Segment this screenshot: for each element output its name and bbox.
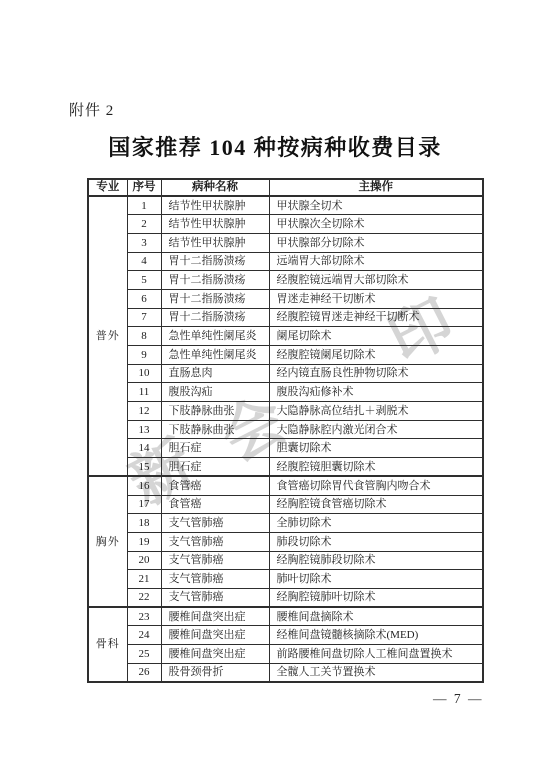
- table-row: 22支气管肺癌经胸腔镜肺叶切除术: [88, 588, 483, 607]
- disease-name-cell: 食管癌: [161, 495, 269, 514]
- disease-name-cell: 腰椎间盘突出症: [161, 607, 269, 626]
- row-number-cell: 23: [127, 607, 161, 626]
- table-row: 2结节性甲状腺肿甲状腺次全切除术: [88, 215, 483, 234]
- row-number-cell: 13: [127, 420, 161, 439]
- document-page: 新会印 附件 2 国家推荐 104 种按病种收费目录 专业序号病种名称主操作 普…: [0, 0, 550, 778]
- disease-name-cell: 胃十二指肠溃疡: [161, 308, 269, 327]
- disease-name-cell: 胃十二指肠溃疡: [161, 252, 269, 271]
- table-row: 8急性单纯性阑尾炎阑尾切除术: [88, 327, 483, 346]
- row-number-cell: 8: [127, 327, 161, 346]
- table-row: 5胃十二指肠溃疡经腹腔镜远端胃大部切除术: [88, 271, 483, 290]
- row-number-cell: 9: [127, 346, 161, 365]
- disease-name-cell: 股骨颈骨折: [161, 663, 269, 682]
- column-header: 病种名称: [161, 179, 269, 196]
- operation-cell: 经内镜直肠良性肿物切除术: [269, 364, 483, 383]
- operation-cell: 远端胃大部切除术: [269, 252, 483, 271]
- disease-name-cell: 食管癌: [161, 476, 269, 495]
- disease-name-cell: 急性单纯性阑尾炎: [161, 346, 269, 365]
- disease-name-cell: 下肢静脉曲张: [161, 402, 269, 421]
- disease-name-cell: 结节性甲状腺肿: [161, 215, 269, 234]
- table-row: 骨科23腰椎间盘突出症腰椎间盘摘除术: [88, 607, 483, 626]
- table-row: 4胃十二指肠溃疡远端胃大部切除术: [88, 252, 483, 271]
- disease-name-cell: 下肢静脉曲张: [161, 420, 269, 439]
- operation-cell: 胃迷走神经干切断术: [269, 289, 483, 308]
- row-number-cell: 14: [127, 439, 161, 458]
- specialty-cell: 骨科: [88, 607, 127, 682]
- table-row: 26股骨颈骨折全髋人工关节置换术: [88, 663, 483, 682]
- row-number-cell: 25: [127, 645, 161, 664]
- column-header: 专业: [88, 179, 127, 196]
- operation-cell: 食管癌切除胃代食管胸内吻合术: [269, 476, 483, 495]
- row-number-cell: 22: [127, 588, 161, 607]
- row-number-cell: 2: [127, 215, 161, 234]
- page-number: — 7 —: [433, 691, 484, 707]
- table-row: 6胃十二指肠溃疡胃迷走神经干切断术: [88, 289, 483, 308]
- operation-cell: 经椎间盘镜髓核摘除术(MED): [269, 626, 483, 645]
- disease-name-cell: 支气管肺癌: [161, 570, 269, 589]
- specialty-cell: 普外: [88, 196, 127, 476]
- operation-cell: 经腹腔镜阑尾切除术: [269, 346, 483, 365]
- row-number-cell: 4: [127, 252, 161, 271]
- table-row: 14胆石症胆囊切除术: [88, 439, 483, 458]
- table-row: 胸外16食管癌食管癌切除胃代食管胸内吻合术: [88, 476, 483, 495]
- column-header: 主操作: [269, 179, 483, 196]
- operation-cell: 腰椎间盘摘除术: [269, 607, 483, 626]
- disease-name-cell: 腹股沟疝: [161, 383, 269, 402]
- table-row: 24腰椎间盘突出症经椎间盘镜髓核摘除术(MED): [88, 626, 483, 645]
- table-row: 3结节性甲状腺肿甲状腺部分切除术: [88, 233, 483, 252]
- disease-name-cell: 直肠息肉: [161, 364, 269, 383]
- row-number-cell: 18: [127, 514, 161, 533]
- table-row: 普外1结节性甲状腺肿甲状腺全切术: [88, 196, 483, 215]
- table-row: 12下肢静脉曲张大隐静脉高位结扎＋剥脱术: [88, 402, 483, 421]
- disease-name-cell: 胃十二指肠溃疡: [161, 271, 269, 290]
- specialty-cell: 胸外: [88, 476, 127, 607]
- row-number-cell: 24: [127, 626, 161, 645]
- operation-cell: 大隐静脉高位结扎＋剥脱术: [269, 402, 483, 421]
- operation-cell: 经胸腔镜肺叶切除术: [269, 588, 483, 607]
- attachment-label: 附件 2: [69, 99, 114, 120]
- row-number-cell: 7: [127, 308, 161, 327]
- row-number-cell: 15: [127, 458, 161, 477]
- row-number-cell: 19: [127, 532, 161, 551]
- disease-name-cell: 支气管肺癌: [161, 514, 269, 533]
- operation-cell: 阑尾切除术: [269, 327, 483, 346]
- disease-name-cell: 胆石症: [161, 439, 269, 458]
- column-header: 序号: [127, 179, 161, 196]
- operation-cell: 肺段切除术: [269, 532, 483, 551]
- row-number-cell: 1: [127, 196, 161, 215]
- operation-cell: 全髋人工关节置换术: [269, 663, 483, 682]
- operation-cell: 经腹腔镜远端胃大部切除术: [269, 271, 483, 290]
- disease-name-cell: 支气管肺癌: [161, 532, 269, 551]
- row-number-cell: 16: [127, 476, 161, 495]
- operation-cell: 经腹腔镜胃迷走神经干切断术: [269, 308, 483, 327]
- table-header-row: 专业序号病种名称主操作: [88, 179, 483, 196]
- operation-cell: 甲状腺部分切除术: [269, 233, 483, 252]
- table-row: 13下肢静脉曲张大隐静脉腔内激光闭合术: [88, 420, 483, 439]
- row-number-cell: 21: [127, 570, 161, 589]
- operation-cell: 经胸腔镜肺段切除术: [269, 551, 483, 570]
- table-row: 10直肠息肉经内镜直肠良性肿物切除术: [88, 364, 483, 383]
- disease-name-cell: 结节性甲状腺肿: [161, 233, 269, 252]
- disease-name-cell: 腰椎间盘突出症: [161, 626, 269, 645]
- table-row: 19支气管肺癌肺段切除术: [88, 532, 483, 551]
- disease-name-cell: 结节性甲状腺肿: [161, 196, 269, 215]
- table-row: 25腰椎间盘突出症前路腰椎间盘切除人工椎间盘置换术: [88, 645, 483, 664]
- operation-cell: 大隐静脉腔内激光闭合术: [269, 420, 483, 439]
- row-number-cell: 11: [127, 383, 161, 402]
- table-row: 11腹股沟疝腹股沟疝修补术: [88, 383, 483, 402]
- operation-cell: 胆囊切除术: [269, 439, 483, 458]
- table-row: 9急性单纯性阑尾炎经腹腔镜阑尾切除术: [88, 346, 483, 365]
- operation-cell: 全肺切除术: [269, 514, 483, 533]
- table-row: 15胆石症经腹腔镜胆囊切除术: [88, 458, 483, 477]
- operation-cell: 经胸腔镜食管癌切除术: [269, 495, 483, 514]
- table-row: 18支气管肺癌全肺切除术: [88, 514, 483, 533]
- operation-cell: 肺叶切除术: [269, 570, 483, 589]
- row-number-cell: 5: [127, 271, 161, 290]
- page-title: 国家推荐 104 种按病种收费目录: [0, 131, 550, 162]
- table-row: 7胃十二指肠溃疡经腹腔镜胃迷走神经干切断术: [88, 308, 483, 327]
- operation-cell: 经腹腔镜胆囊切除术: [269, 458, 483, 477]
- table-row: 20支气管肺癌经胸腔镜肺段切除术: [88, 551, 483, 570]
- operation-cell: 前路腰椎间盘切除人工椎间盘置换术: [269, 645, 483, 664]
- row-number-cell: 3: [127, 233, 161, 252]
- disease-name-cell: 支气管肺癌: [161, 551, 269, 570]
- row-number-cell: 17: [127, 495, 161, 514]
- row-number-cell: 20: [127, 551, 161, 570]
- disease-name-cell: 胆石症: [161, 458, 269, 477]
- disease-name-cell: 急性单纯性阑尾炎: [161, 327, 269, 346]
- table-row: 21支气管肺癌肺叶切除术: [88, 570, 483, 589]
- row-number-cell: 26: [127, 663, 161, 682]
- fee-catalog-table: 专业序号病种名称主操作 普外1结节性甲状腺肿甲状腺全切术2结节性甲状腺肿甲状腺次…: [87, 178, 484, 683]
- row-number-cell: 6: [127, 289, 161, 308]
- disease-name-cell: 支气管肺癌: [161, 588, 269, 607]
- operation-cell: 甲状腺全切术: [269, 196, 483, 215]
- operation-cell: 甲状腺次全切除术: [269, 215, 483, 234]
- row-number-cell: 12: [127, 402, 161, 421]
- disease-name-cell: 胃十二指肠溃疡: [161, 289, 269, 308]
- operation-cell: 腹股沟疝修补术: [269, 383, 483, 402]
- table-row: 17食管癌经胸腔镜食管癌切除术: [88, 495, 483, 514]
- disease-name-cell: 腰椎间盘突出症: [161, 645, 269, 664]
- row-number-cell: 10: [127, 364, 161, 383]
